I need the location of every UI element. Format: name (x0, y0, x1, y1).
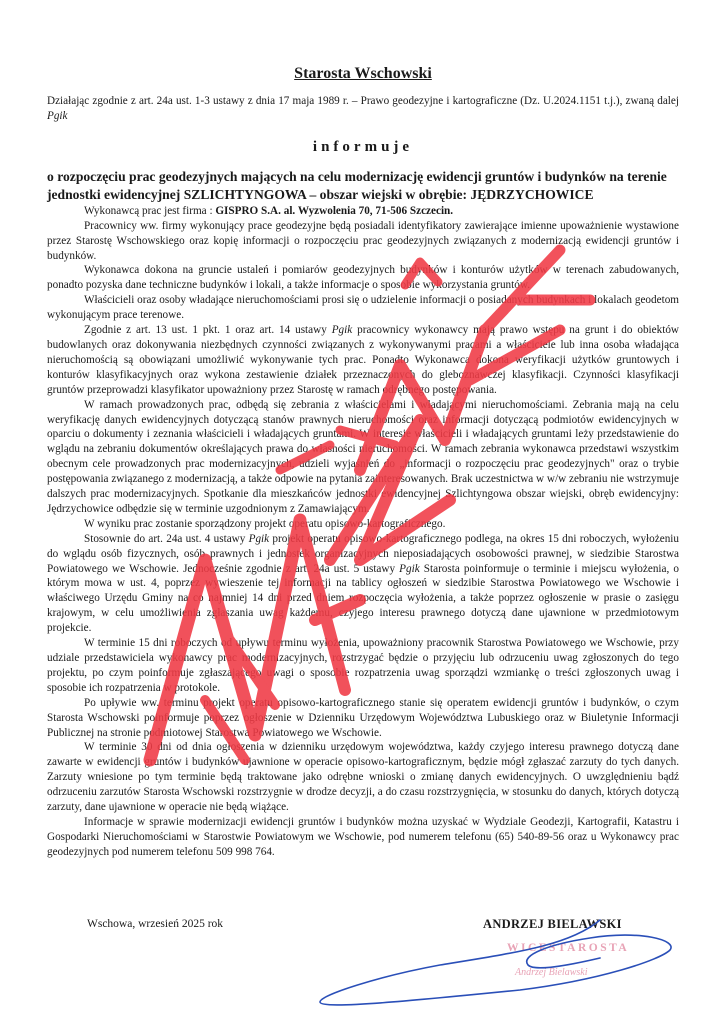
pgik-abbrev: Pgik (399, 563, 420, 575)
pgik-abbrev: Pgik (332, 324, 353, 336)
paragraph-meetings: W ramach prowadzonych prac, odbędą się z… (47, 398, 679, 517)
paragraph-owners-request: Właścicieli oraz osoby władające nieruch… (47, 293, 679, 323)
signer-name: ANDRZEJ BIELAWSKI (483, 917, 622, 932)
document-body: Starosta Wschowski Działając zgodnie z a… (47, 64, 679, 860)
pgik-abbrev: Pgik (249, 533, 270, 545)
stamp-title: WICESTAROSTA (507, 942, 629, 954)
stamp-name: Andrzej Bielawski (515, 967, 588, 978)
contractor-label: Wykonawcą prac jest firma : (84, 205, 215, 217)
paragraph-identifiers: Pracownicy ww. firmy wykonujący prace ge… (47, 219, 679, 264)
pgik-abbrev: Pgik (47, 110, 68, 122)
place-and-date: Wschowa, wrzesień 2025 rok (87, 918, 223, 930)
informs-heading: informuje (47, 138, 679, 156)
paragraph-project-draft: W wyniku prac zostanie sporządzony proje… (47, 517, 679, 532)
contractor-value: GISPRO S.A. al. Wyzwolenia 70, 71-506 Sz… (215, 205, 453, 217)
paragraph-publication: Po upływie ww. terminu projekt operatu o… (47, 696, 679, 741)
notice-subject: o rozpoczęciu prac geodezyjnych mających… (47, 168, 679, 204)
paragraph-comments-review: W terminie 15 dni roboczych od upływu te… (47, 636, 679, 696)
paragraph-display-period: Stosownie do art. 24a ust. 4 ustawy Pgik… (47, 532, 679, 636)
page-title: Starosta Wschowski (47, 64, 679, 84)
paragraph-access-rights: Zgodnie z art. 13 ust. 1 pkt. 1 oraz art… (47, 323, 679, 398)
paragraph-objections: W terminie 30 dni od dnia ogłoszenia w d… (47, 740, 679, 815)
legal-basis-intro: Działając zgodnie z art. 24a ust. 1-3 us… (47, 94, 679, 124)
paragraph-measurements: Wykonawca dokona na gruncie ustaleń i po… (47, 263, 679, 293)
intro-text: Działając zgodnie z art. 24a ust. 1-3 us… (47, 95, 679, 107)
document-page: Starosta Wschowski Działając zgodnie z a… (0, 0, 724, 1024)
paragraph-contact-info: Informacje w sprawie modernizacji ewiden… (47, 815, 679, 860)
text-fragment: Zgodnie z art. 13 ust. 1 pkt. 1 oraz art… (84, 324, 332, 336)
text-fragment: Stosownie do art. 24a ust. 4 ustawy (84, 533, 249, 545)
contractor-line: Wykonawcą prac jest firma : GISPRO S.A. … (47, 204, 679, 219)
